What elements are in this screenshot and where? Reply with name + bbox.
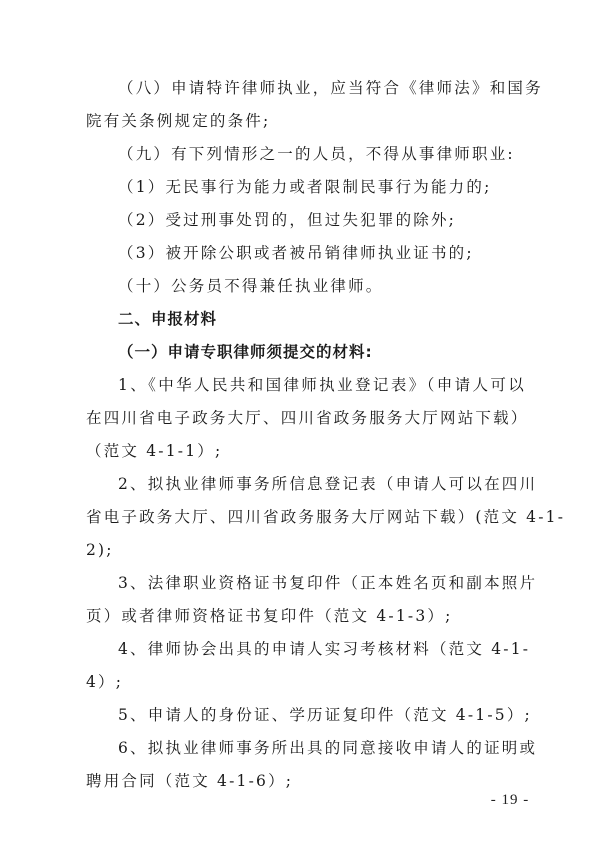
section-heading: 二、申报材料 bbox=[118, 307, 526, 331]
text-line: 3、法律职业资格证书复印件（正本姓名页和副本照片 bbox=[118, 571, 526, 595]
text-line: 在四川省电子政务大厅、四川省政务服务大厅网站下载） bbox=[86, 406, 526, 430]
text-line: （九）有下列情形之一的人员，不得从事律师职业: bbox=[118, 142, 526, 166]
text-line: （范文 4-1-1）; bbox=[86, 439, 526, 463]
text-line: 聘用合同（范文 4-1-6）; bbox=[86, 769, 526, 793]
text-line: 5、申请人的身份证、学历证复印件（范文 4-1-5）; bbox=[118, 703, 526, 727]
section-heading: （一）申请专职律师须提交的材料: bbox=[118, 340, 526, 364]
page-number: - 19 - bbox=[480, 792, 540, 809]
text-line: 6、拟执业律师事务所出具的同意接收申请人的证明或 bbox=[118, 736, 526, 760]
text-line: 1、《中华人民共和国律师执业登记表》（申请人可以 bbox=[118, 373, 526, 397]
text-line: 页）或者律师资格证书复印件（范文 4-1-3）; bbox=[86, 604, 526, 628]
text-line: 2、拟执业律师事务所信息登记表（申请人可以在四川 bbox=[118, 472, 526, 496]
text-line: 4）; bbox=[86, 670, 526, 694]
text-line: （2）受过刑事处罚的，但过失犯罪的除外; bbox=[118, 208, 526, 232]
text-line: （3）被开除公职或者被吊销律师执业证书的; bbox=[118, 241, 526, 265]
text-line: （八）申请特许律师执业，应当符合《律师法》和国务 bbox=[118, 76, 526, 100]
text-line: 4、律师协会出具的申请人实习考核材料（范文 4-1- bbox=[118, 637, 526, 661]
text-line: （1）无民事行为能力或者限制民事行为能力的; bbox=[118, 175, 526, 199]
text-line: 2); bbox=[86, 538, 526, 562]
text-line: （十）公务员不得兼任执业律师。 bbox=[118, 274, 526, 298]
document-page: （八）申请特许律师执业，应当符合《律师法》和国务院有关条例规定的条件;（九）有下… bbox=[0, 0, 610, 855]
text-line: 院有关条例规定的条件; bbox=[86, 109, 526, 133]
text-line: 省电子政务大厅、四川省政务服务大厅网站下载）(范文 4-1- bbox=[86, 505, 526, 529]
